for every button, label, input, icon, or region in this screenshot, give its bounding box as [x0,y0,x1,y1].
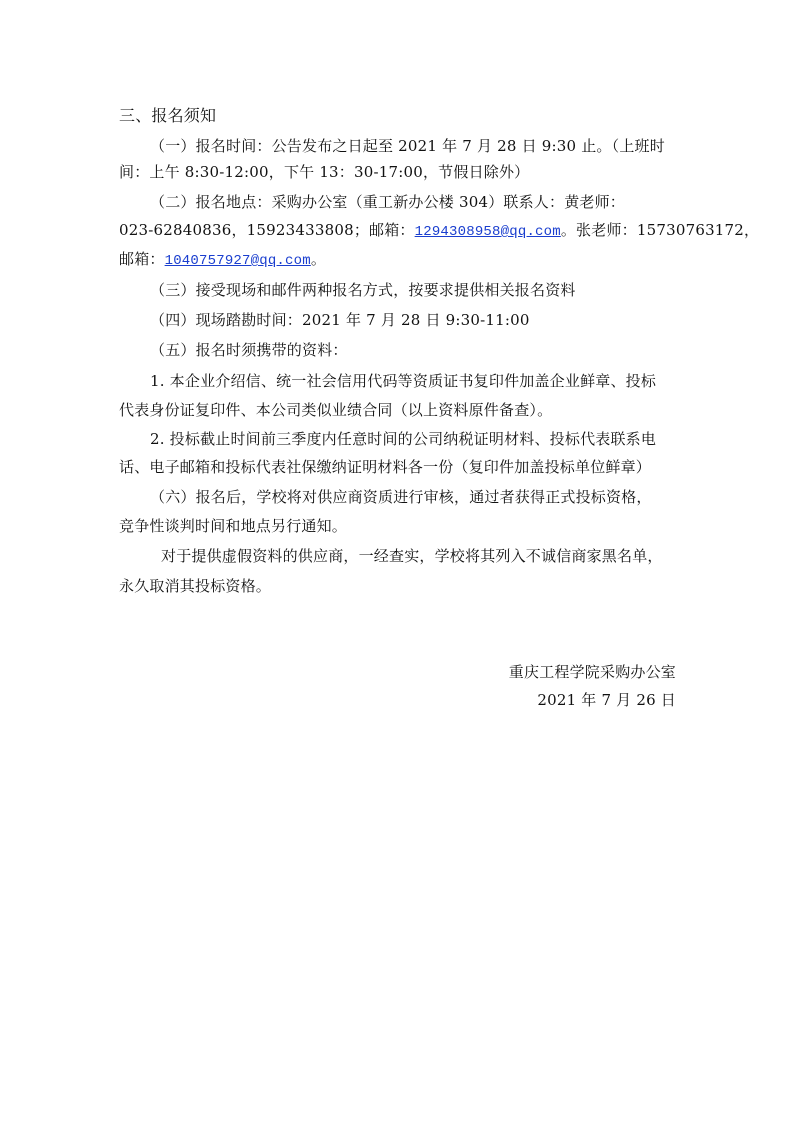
item-5-1-line-2: 代表身份证复印件、本公司类似业绩合同（以上资料原件备查）。 [119,400,552,420]
item-1-line-2: 间：上午 8:30-12:00，下午 13：30-17:00，节假日除外） [119,162,529,182]
item-4: （四）现场踏勘时间：2021 年 7 月 28 日 9:30-11:00 [150,310,530,330]
email-label: 邮箱： [119,250,165,268]
item-7-line-1: 对于提供虚假资料的供应商，一经查实，学校将其列入不诚信商家黑名单， [161,546,663,566]
email-link-2[interactable]: 1040757927@qq.com [165,253,311,269]
item-5-2-line-2: 话、电子邮箱和投标代表社保缴纳证明材料各一份（复印件加盖投标单位鲜章） [119,457,651,477]
item-2-line-1: （二）报名地点：采购办公室（重工新办公楼 304）联系人：黄老师： [150,192,625,212]
signature-organization: 重庆工程学院采购办公室 [509,662,676,682]
item-1-line-1: （一）报名时间：公告发布之日起至 2021 年 7 月 28 日 9:30 止。… [150,136,665,156]
email-link-1[interactable]: 1294308958@qq.com [415,224,561,240]
item-5: （五）报名时须携带的资料： [150,340,348,360]
item-7-line-2: 永久取消其投标资格。 [119,576,271,596]
signature-date: 2021 年 7 月 26 日 [537,690,676,710]
item-3: （三）接受现场和邮件两种报名方式，按要求提供相关报名资料 [150,280,576,300]
contact-text: 。张老师：15730763172， [561,221,759,239]
item-6-line-1: （六）报名后，学校将对供应商资质进行审核，通过者获得正式投标资格， [150,487,652,507]
item-6-line-2: 竞争性谈判时间和地点另行通知。 [119,516,347,536]
item-5-1-line-1: 1. 本企业介绍信、统一社会信用代码等资质证书复印件加盖企业鲜章、投标 [150,371,656,391]
item-5-2-line-1: 2. 投标截止时间前三季度内任意时间的公司纳税证明材料、投标代表联系电 [150,429,656,449]
end-punct: 。 [311,250,326,268]
item-2-line-3: 邮箱：1040757927@qq.com。 [119,249,326,271]
section-title: 三、报名须知 [119,106,216,126]
phone-text: 023-62840836，15923433808；邮箱： [119,221,415,239]
document-page: 三、报名须知 （一）报名时间：公告发布之日起至 2021 年 7 月 28 日 … [0,0,793,1122]
item-2-line-2: 023-62840836，15923433808；邮箱：1294308958@q… [119,220,759,242]
